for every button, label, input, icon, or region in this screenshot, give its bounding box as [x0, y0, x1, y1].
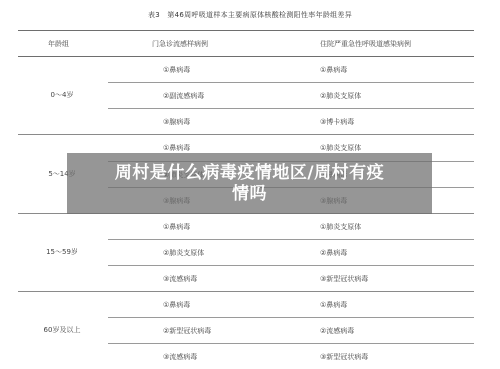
row-divider	[108, 265, 474, 266]
inpatient-cell: ①鼻病毒	[320, 300, 347, 310]
inpatient-cell: ①肺炎支原体	[320, 222, 361, 232]
row-divider	[108, 317, 474, 318]
table-top-rule	[18, 30, 474, 31]
column-header-age-group: 年龄组	[48, 39, 69, 49]
inpatient-cell: ③博卡病毒	[320, 117, 354, 127]
outpatient-cell: ①鼻病毒	[163, 222, 190, 232]
inpatient-cell: ②流感病毒	[320, 326, 354, 336]
outpatient-cell: ③流感病毒	[163, 274, 197, 284]
age-group-cell: 15～59岁	[27, 247, 97, 257]
outpatient-cell: ②副流感病毒	[163, 91, 204, 101]
row-divider	[108, 108, 474, 109]
group-divider	[18, 291, 474, 292]
caption-overlay: 周村是什么病毒疫情地区/周村有疫 情吗	[67, 153, 432, 214]
column-header-outpatient: 门急诊流感样病例	[152, 39, 208, 49]
outpatient-cell: ③流感病毒	[163, 352, 197, 362]
inpatient-cell: ①肺炎支原体	[320, 143, 361, 153]
outpatient-cell: ①鼻病毒	[163, 143, 190, 153]
inpatient-cell: ③新型冠状病毒	[320, 274, 368, 284]
header-bottom-rule	[18, 56, 474, 57]
outpatient-cell: ②新型冠状病毒	[163, 326, 211, 336]
inpatient-cell: ①鼻病毒	[320, 65, 347, 75]
inpatient-cell: ②鼻病毒	[320, 248, 347, 258]
column-header-inpatient: 住院严重急性呼吸道感染病例	[320, 39, 411, 49]
age-group-cell: 0～4岁	[27, 90, 97, 100]
outpatient-cell: ③腺病毒	[163, 117, 190, 127]
outpatient-cell: ①鼻病毒	[163, 300, 190, 310]
row-divider	[108, 239, 474, 240]
caption-line-1: 周村是什么病毒疫情地区/周村有疫	[115, 163, 384, 184]
group-divider	[18, 134, 474, 135]
row-divider	[108, 82, 474, 83]
table-title: 表3 第46周呼吸道样本主要病原体核酸检测阳性率年龄组差异	[0, 10, 500, 20]
outpatient-cell: ①鼻病毒	[163, 65, 190, 75]
caption-line-2: 情吗	[232, 184, 267, 205]
row-divider	[108, 343, 474, 344]
inpatient-cell: ②肺炎支原体	[320, 91, 361, 101]
inpatient-cell: ③新型冠状病毒	[320, 352, 368, 362]
age-group-cell: 60岁及以上	[27, 325, 97, 335]
outpatient-cell: ②肺炎支原体	[163, 248, 204, 258]
